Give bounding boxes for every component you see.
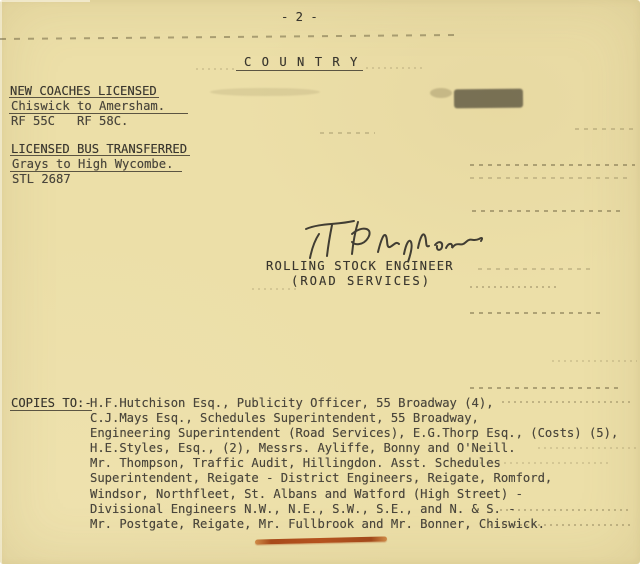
copies-line: H.F.Hutchison Esq., Publicity Officer, 5… (90, 396, 618, 411)
copies-line: H.E.Styles, Esq., (2), Messrs. Ayliffe, … (90, 441, 618, 456)
crease-line (0, 34, 456, 40)
scan-artifact (478, 268, 593, 270)
red-underline-mark (255, 536, 387, 544)
route-line: Chiswick to Amersham. (11, 99, 165, 113)
scan-artifact (470, 387, 622, 389)
copies-line: C.J.Mays Esq., Schedules Superintendent,… (90, 411, 618, 426)
scan-artifact (196, 68, 234, 70)
scan-artifact (472, 210, 622, 212)
copies-line: Mr. Postgate, Reigate, Mr. Fullbrook and… (90, 517, 618, 532)
copies-label: COPIES TO:- (11, 396, 92, 410)
copies-label-underline (10, 410, 92, 411)
signature-handwritten (296, 212, 486, 262)
scan-artifact (430, 88, 452, 98)
fleet-numbers-line: RF 55C RF 58C. (11, 114, 128, 128)
engineer-title: ROLLING STOCK ENGINEER (266, 259, 454, 273)
copies-line: Superintendent, Reigate - District Engin… (90, 471, 618, 486)
copies-line: Divisional Engineers N.W., N.E., S.W., S… (90, 502, 618, 517)
scan-artifact (366, 67, 422, 69)
scan-artifact (252, 288, 297, 290)
scan-artifact (470, 164, 635, 166)
scan-artifact (470, 177, 630, 179)
section-title: LICENSED BUS TRANSFERRED (11, 142, 187, 156)
copies-line: Mr. Thompson, Traffic Audit, Hillingdon.… (90, 456, 618, 471)
scan-edge (0, 0, 90, 2)
scan-artifact (470, 312, 602, 314)
scan-artifact (210, 88, 320, 96)
route-line: Grays to High Wycombe. (12, 157, 173, 171)
scan-artifact (470, 286, 558, 288)
scan-artifact (320, 132, 375, 134)
fleet-numbers-line: STL 2687 (12, 172, 71, 186)
scan-artifact (552, 360, 637, 362)
heading-underline (236, 70, 363, 71)
section-title: NEW COACHES LICENSED (10, 84, 157, 98)
engineer-subtitle: (ROAD SERVICES) (291, 274, 431, 288)
ink-smudge-mark (454, 89, 523, 109)
country-heading: C O U N T R Y (244, 55, 359, 69)
copies-line: Engineering Superintendent (Road Service… (90, 426, 618, 441)
copies-list: H.F.Hutchison Esq., Publicity Officer, 5… (90, 396, 618, 532)
scan-artifact (575, 128, 635, 130)
scanned-memo-page: - 2 - C O U N T R Y NEW COACHES LICENSED… (0, 0, 640, 564)
scan-edge (0, 0, 2, 564)
copies-line: Windsor, Northfleet, St. Albans and Watf… (90, 487, 618, 502)
page-number: - 2 - (281, 10, 318, 24)
